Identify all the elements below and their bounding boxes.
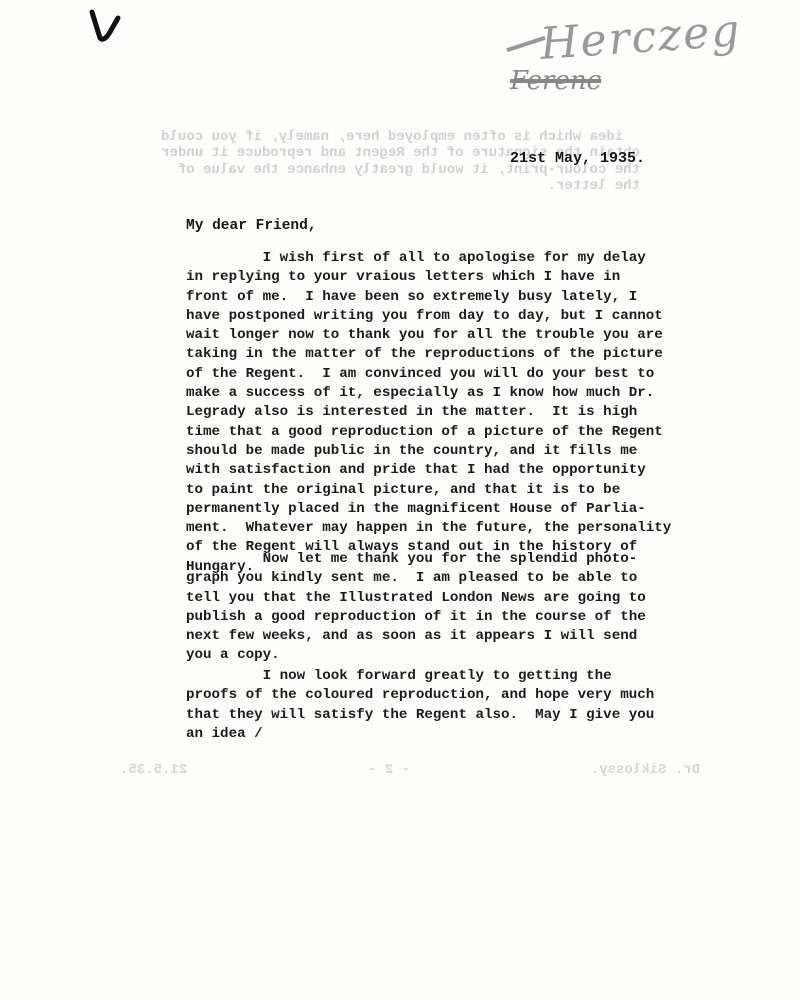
- show-through-line: the letter.: [548, 178, 640, 194]
- show-through-footer: Dr. Siklossy. - 2 - 21.5.35.: [100, 762, 720, 779]
- letter-line: Legrady also is interested in the matter…: [186, 403, 666, 422]
- letter-line: permanently placed in the magnificent Ho…: [186, 500, 666, 519]
- letter-line: taking in the matter of the reproduction…: [186, 345, 666, 364]
- letter-line: I wish first of all to apologise for my …: [186, 249, 666, 268]
- letter-line: you a copy.: [186, 646, 666, 665]
- letter-line: tell you that the Illustrated London New…: [186, 589, 666, 608]
- letter-line: graph you kindly sent me. I am pleased t…: [186, 569, 666, 588]
- letter-line: have postponed writing you from day to d…: [186, 307, 666, 326]
- letter-line: I now look forward greatly to getting th…: [186, 667, 666, 686]
- footer-page-number: - 2 -: [368, 762, 410, 779]
- letter-line: in replying to your vraious letters whic…: [186, 268, 666, 287]
- letter-line: Now let me thank you for the splendid ph…: [186, 550, 666, 569]
- letter-line: ment. Whatever may happen in the future,…: [186, 519, 666, 538]
- handwritten-struck-name: Ferenc: [510, 66, 601, 96]
- footer-date: 21.5.35.: [120, 762, 187, 779]
- letter-paragraph-1: I wish first of all to apologise for my …: [186, 249, 666, 577]
- letter-line: time that a good reproduction of a pictu…: [186, 423, 666, 442]
- letter-line: publish a good reproduction of it in the…: [186, 608, 666, 627]
- letter-line: that they will satisfy the Regent also. …: [186, 706, 666, 725]
- letter-date: 21st May, 1935.: [510, 150, 645, 167]
- handwritten-name: Herczeg: [538, 5, 743, 70]
- letter-line: of the Regent. I am convinced you will d…: [186, 365, 666, 384]
- letter-line: front of me. I have been so extremely bu…: [186, 288, 666, 307]
- footer-recipient: Dr. Siklossy.: [591, 762, 700, 779]
- letter-line: wait longer now to thank you for all the…: [186, 326, 666, 345]
- letter-line: proofs of the coloured reproduction, and…: [186, 686, 666, 705]
- letter-paragraph-3: I now look forward greatly to getting th…: [186, 667, 666, 744]
- letter-paragraph-2: Now let me thank you for the splendid ph…: [186, 550, 666, 666]
- letter-line: an idea /: [186, 725, 666, 744]
- letter-line: should be made public in the country, an…: [186, 442, 666, 461]
- letter-line: next few weeks, and as soon as it appear…: [186, 627, 666, 646]
- show-through-line: idea which is often employed here, namel…: [161, 129, 623, 145]
- letter-line: with satisfaction and pride that I had t…: [186, 461, 666, 480]
- letter-salutation: My dear Friend,: [186, 218, 317, 234]
- letter-line: make a success of it, especially as I kn…: [186, 384, 666, 403]
- handwritten-checkmark-icon: [88, 8, 128, 48]
- letter-line: to paint the original picture, and that …: [186, 481, 666, 500]
